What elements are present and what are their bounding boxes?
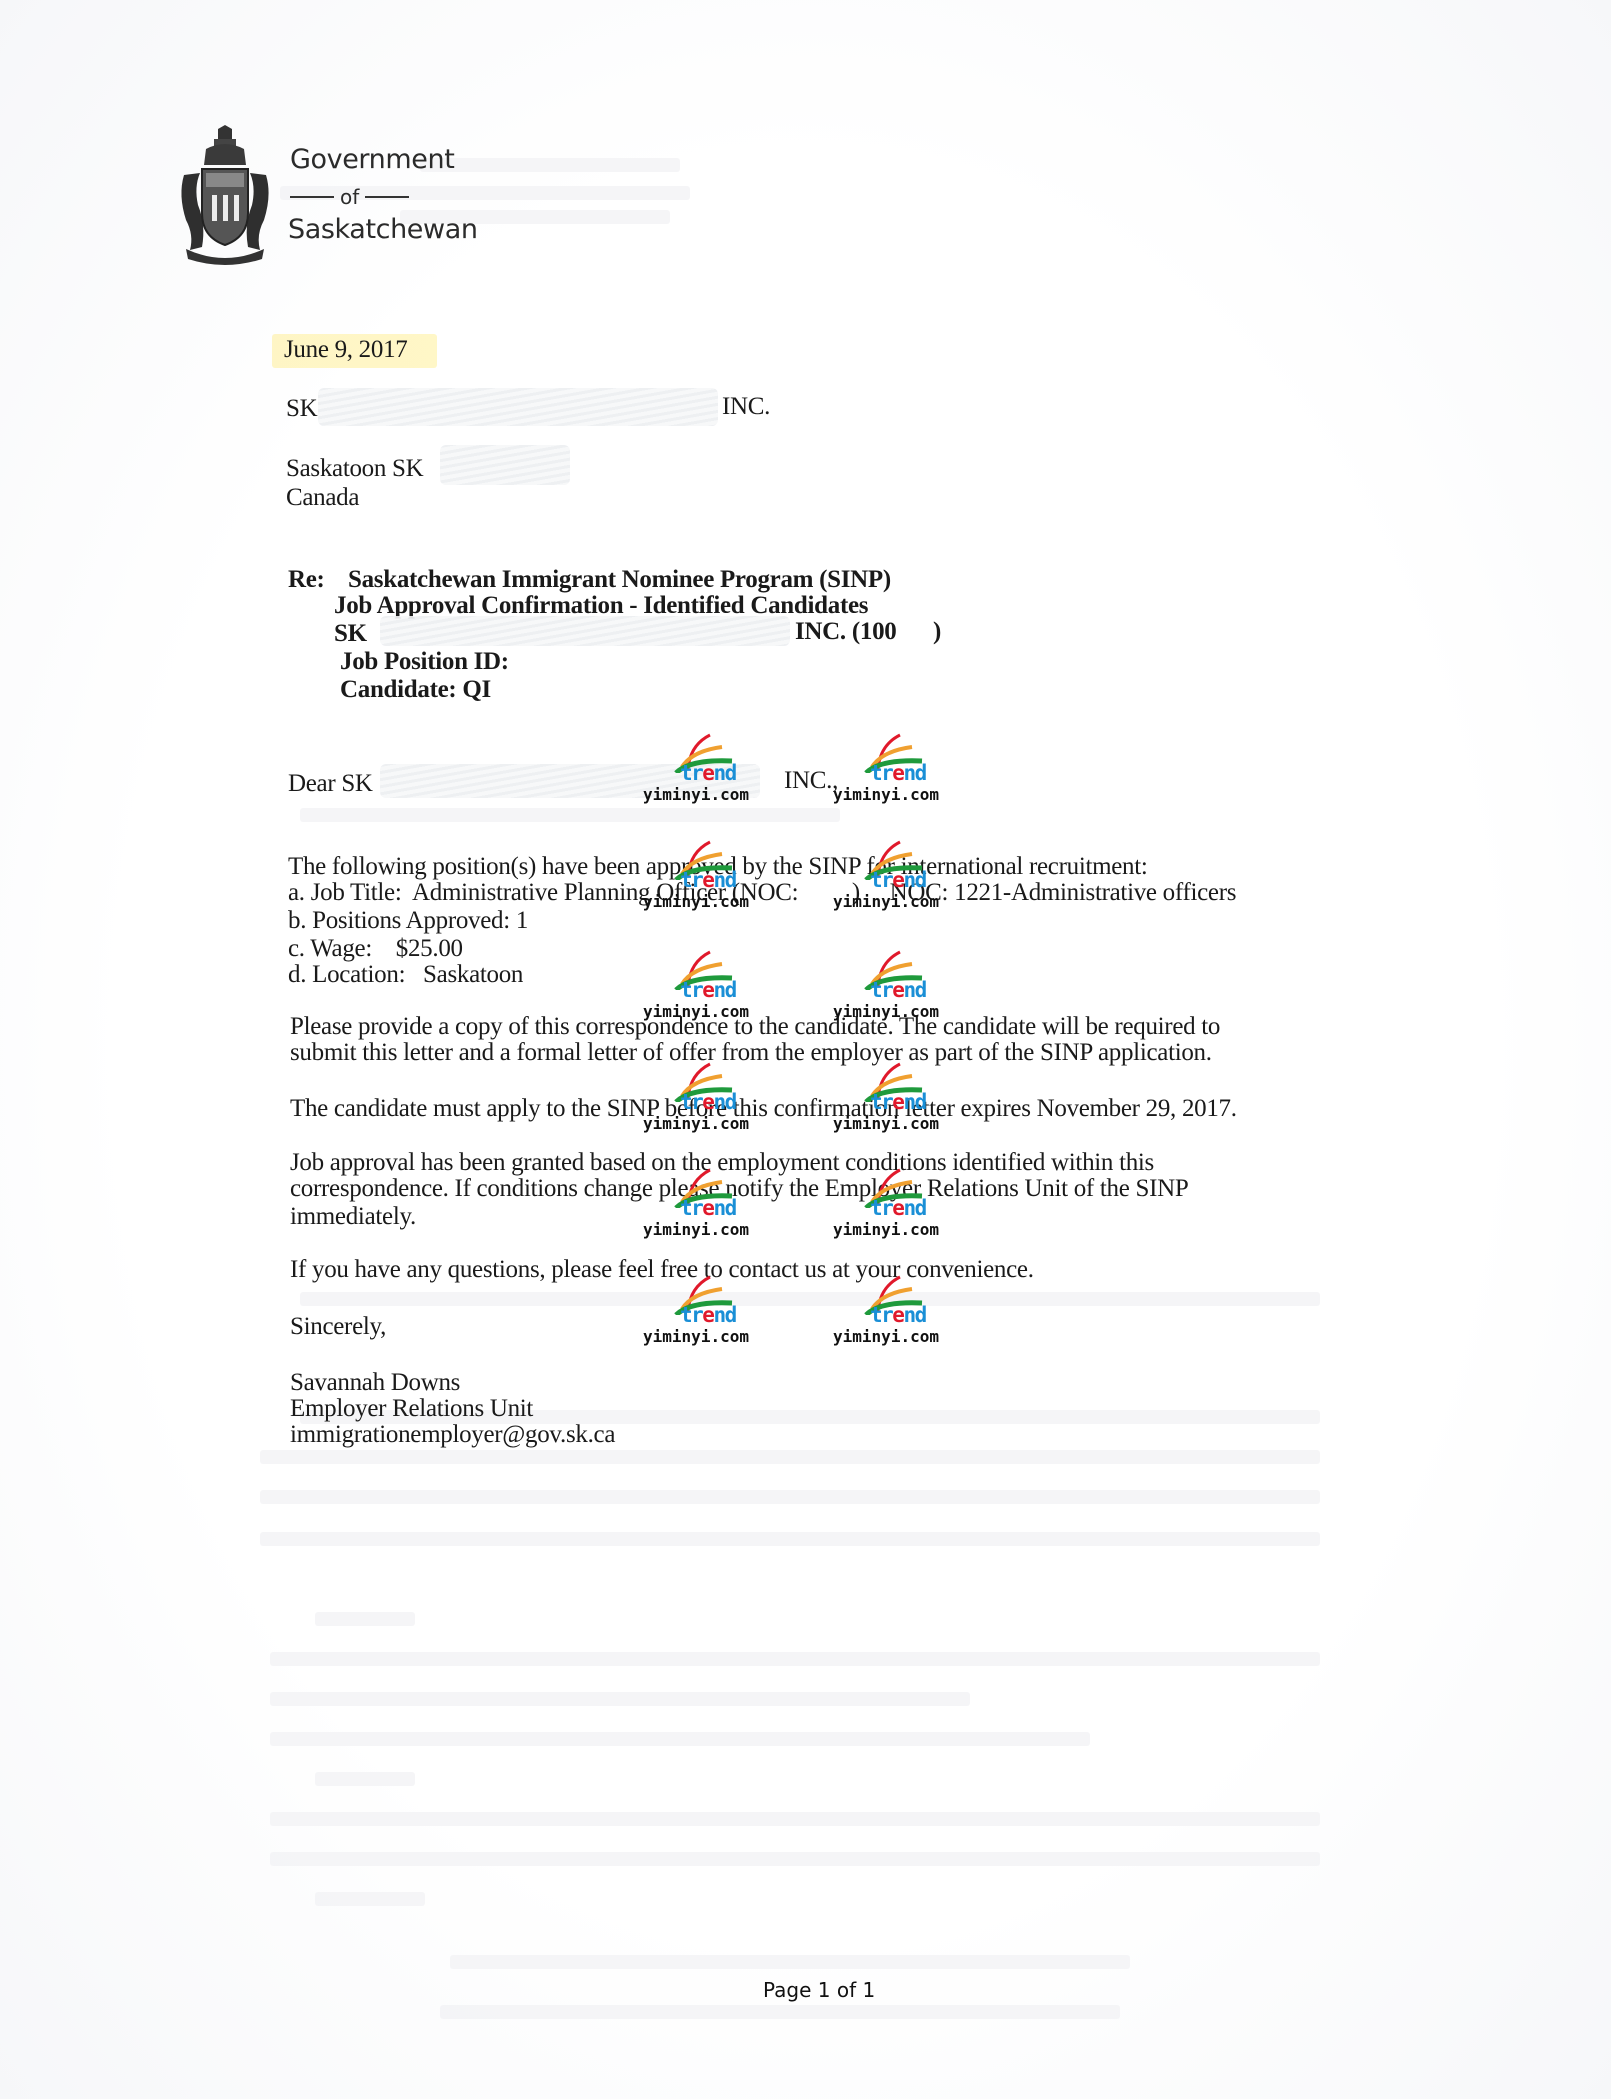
- redacted-subject-company: [380, 616, 790, 646]
- redacted-company-name: [318, 388, 718, 426]
- trend-logo-text: trend: [870, 1090, 926, 1114]
- trend-logo-text: trend: [680, 761, 736, 785]
- subject-candidate: Candidate: QI: [340, 676, 491, 704]
- trend-watermark: trend yiminyi.com: [830, 840, 942, 920]
- watermark-url: yiminyi.com: [640, 1002, 752, 1021]
- subject-company-suffix: INC. (100: [795, 618, 896, 646]
- watermark-url: yiminyi.com: [830, 1002, 942, 1021]
- watermark-url: yiminyi.com: [830, 1220, 942, 1239]
- trend-watermark: trend yiminyi.com: [640, 733, 752, 813]
- watermark-url: yiminyi.com: [640, 892, 752, 911]
- trend-watermark: trend yiminyi.com: [640, 1275, 752, 1355]
- letterhead-rule-left: [290, 196, 334, 198]
- list-item-location: d. Location: Saskatoon: [288, 961, 523, 989]
- trend-watermark: trend yiminyi.com: [830, 950, 942, 1030]
- watermark-url: yiminyi.com: [830, 785, 942, 804]
- watermark-url: yiminyi.com: [830, 1327, 942, 1346]
- list-marker: c.: [288, 935, 305, 962]
- letterhead-of-text: of: [340, 185, 359, 209]
- subject-company-close: ): [933, 618, 941, 646]
- recipient-company-prefix: SK: [286, 395, 317, 423]
- list-item-text: Job Title: Administrative Planning Offic…: [311, 879, 1236, 906]
- trend-logo-text: trend: [870, 1303, 926, 1327]
- recipient-country: Canada: [286, 484, 359, 512]
- body-paragraph-2: The candidate must apply to the SINP bef…: [290, 1095, 1237, 1123]
- page-number: Page 1 of 1: [763, 1978, 875, 2002]
- watermark-url: yiminyi.com: [640, 1220, 752, 1239]
- signatory-unit: Employer Relations Unit: [290, 1395, 533, 1423]
- signatory-name: Savannah Downs: [290, 1369, 460, 1397]
- watermark-url: yiminyi.com: [640, 1114, 752, 1133]
- saskatchewan-coat-of-arms-logo: [176, 125, 274, 265]
- watermark-url: yiminyi.com: [640, 1327, 752, 1346]
- trend-logo-text: trend: [680, 1196, 736, 1220]
- letterhead-saskatchewan: Saskatchewan: [288, 215, 478, 245]
- trend-logo-text: trend: [870, 761, 926, 785]
- list-item-text: Location: Saskatoon: [312, 961, 523, 988]
- trend-watermark: trend yiminyi.com: [640, 1168, 752, 1248]
- list-item-text: Positions Approved: 1: [312, 907, 528, 934]
- salutation-prefix: Dear SK: [288, 770, 373, 798]
- watermark-url: yiminyi.com: [640, 785, 752, 804]
- letterhead-government: Government: [290, 145, 454, 175]
- list-marker: a.: [288, 879, 305, 906]
- list-marker: b.: [288, 907, 306, 934]
- watermark-url: yiminyi.com: [830, 1114, 942, 1133]
- trend-watermark: trend yiminyi.com: [640, 840, 752, 920]
- letter-date: June 9, 2017: [284, 336, 407, 364]
- trend-logo-text: trend: [870, 1196, 926, 1220]
- subject-program: Saskatchewan Immigrant Nominee Program (…: [348, 566, 891, 594]
- body-paragraph-3-line-3: immediately.: [290, 1203, 416, 1231]
- list-marker: d.: [288, 961, 306, 988]
- trend-watermark: trend yiminyi.com: [830, 733, 942, 813]
- list-item-job-title: a. Job Title: Administrative Planning Of…: [288, 879, 1236, 907]
- trend-watermark: trend yiminyi.com: [830, 1168, 942, 1248]
- letterhead-of: of: [290, 185, 409, 209]
- body-paragraph-1-line-1: Please provide a copy of this correspond…: [290, 1013, 1220, 1041]
- letterhead-rule-right: [365, 196, 409, 198]
- watermark-url: yiminyi.com: [830, 892, 942, 911]
- subject-company-prefix: SK: [334, 620, 367, 648]
- trend-logo-text: trend: [680, 1303, 736, 1327]
- subject-job-position-id: Job Position ID:: [340, 648, 509, 676]
- subject-re-label: Re:: [288, 566, 325, 594]
- trend-watermark: trend yiminyi.com: [830, 1275, 942, 1355]
- trend-logo-text: trend: [680, 868, 736, 892]
- trend-watermark: trend yiminyi.com: [830, 1062, 942, 1142]
- signatory-email: immigrationemployer@gov.sk.ca: [290, 1421, 615, 1449]
- trend-logo-text: trend: [870, 868, 926, 892]
- recipient-city: Saskatoon SK: [286, 455, 423, 483]
- closing-valediction: Sincerely,: [290, 1313, 386, 1341]
- list-item-positions-approved: b. Positions Approved: 1: [288, 907, 528, 935]
- trend-watermark: trend yiminyi.com: [640, 950, 752, 1030]
- trend-logo-text: trend: [870, 978, 926, 1002]
- trend-watermark: trend yiminyi.com: [640, 1062, 752, 1142]
- trend-logo-text: trend: [680, 978, 736, 1002]
- recipient-company-suffix: INC.: [722, 393, 770, 421]
- list-item-text: Wage: $25.00: [310, 935, 462, 962]
- redacted-address: [440, 445, 570, 485]
- list-item-wage: c. Wage: $25.00: [288, 935, 463, 963]
- trend-logo-text: trend: [680, 1090, 736, 1114]
